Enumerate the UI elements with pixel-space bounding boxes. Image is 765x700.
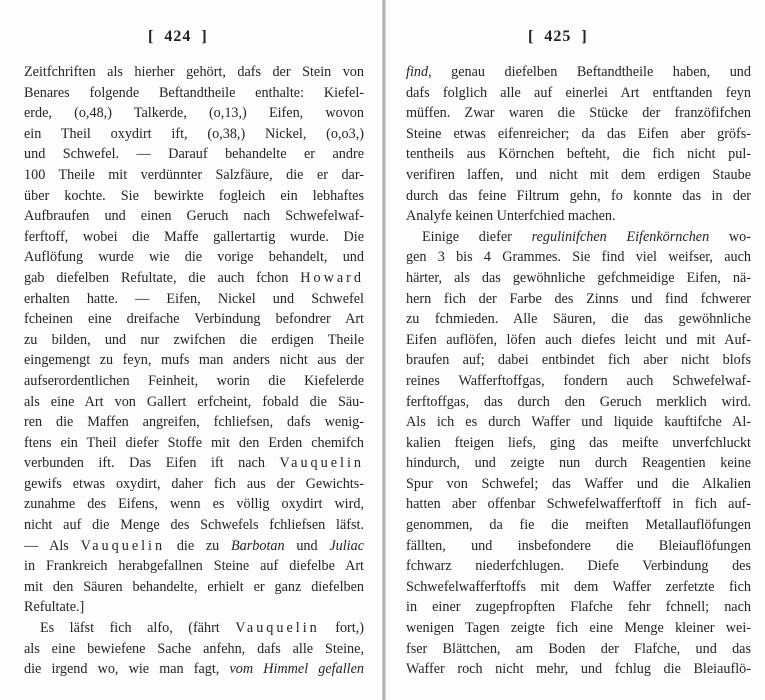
text-line: Es läfst fich alfo, (fährt Vauquelin for…: [24, 618, 364, 639]
text-line: wenigen Tagen zeigte fich eine Menge kle…: [406, 618, 751, 639]
text-line: gab diefelben Refultate, die auch fchon …: [24, 268, 364, 289]
text-line: Analyfe keinen Unterfchied machen.: [406, 206, 751, 227]
text-line: verifiren laffen, und nicht mit dem erdi…: [406, 165, 751, 186]
text-run: und Schwefel. — Darauf behandelte er and…: [24, 146, 364, 162]
text-line: fchwarz niederfchlugen. Diefe Verbindung…: [406, 556, 751, 577]
text-line: Einige diefer regulinifchen Eifenkörnche…: [406, 227, 751, 248]
text-line: 100 Theile mit verdünnter Salzfäure, die…: [24, 165, 364, 186]
text-line: erde, (o,48,) Talkerde, (o,13,) Eifen, w…: [24, 103, 364, 124]
text-line: ein Theil oxydirt ift, (o,38,) Nickel, (…: [24, 124, 364, 145]
text-run: die irgend wo, wie man fagt,: [24, 661, 229, 677]
text-run: hatten aber offenbar Schwefelwafferftoff…: [406, 496, 751, 512]
text-line: fcheinen eine dreifache Verbindung befon…: [24, 309, 364, 330]
text-run: Waffer roch nicht mehr, und fchlug die B…: [406, 661, 751, 677]
text-line: über kochte. Sie bewirkte fogleich ein l…: [24, 186, 364, 207]
text-run: Spur von Schwefel; das Waffer und die Al…: [406, 476, 751, 492]
text-run: ein Theil oxydirt ift, (o,38,) Nickel, (…: [24, 126, 364, 142]
text-line: müffen. Zwar waren die Stücke der franzö…: [406, 103, 751, 124]
text-line: gewifs etwas oxydirt, daher fich aus der…: [24, 474, 364, 495]
text-run: hern fich der Farbe des Zinns und find f…: [406, 291, 751, 307]
right-page: [ 425 ] find, genau diefelben Beftandthe…: [386, 0, 765, 700]
text-line: als eine bewiefene Sache anfehn, dafs al…: [24, 639, 364, 660]
text-line: Als ich es durch Waffer und liquide kauf…: [406, 412, 751, 433]
text-line: durch das feine Filtrum gehn, fo konnte …: [406, 186, 751, 207]
italic-text: vom Himmel gefallen: [229, 661, 364, 677]
text-run: fchwarz niederfchlugen. Diefe Verbindung…: [406, 558, 751, 574]
text-line: gen 3 bis 4 Grammes. Sie find viel weifs…: [406, 247, 751, 268]
text-line: fällten, und insbefondere die Bleiauflöf…: [406, 536, 751, 557]
text-run: zunahme des Eifens, wenn es völlig oxydi…: [24, 496, 364, 512]
text-run: Benares folgende Beftandtheile enthalte:…: [24, 85, 364, 101]
text-line: Aufbraufen und einen Geruch nach Schwefe…: [24, 206, 364, 227]
text-run: eingemengt zu feyn, mufs man anders nich…: [24, 352, 364, 368]
text-run: fcheinen eine dreifache Verbindung befon…: [24, 311, 364, 327]
text-line: mit den Säuren behandelte, erhielt er ga…: [24, 577, 364, 598]
text-run: als eine Art von Gallert erfcheint, foba…: [24, 394, 364, 410]
page-body-text: Zeitfchriften als hierher gehört, dafs d…: [24, 62, 364, 680]
text-line: genommen, da fie die meiften Metallauflö…: [406, 515, 751, 536]
text-run: wenigen Tagen zeigte fich eine Menge kle…: [406, 620, 751, 636]
text-line: dafs folglich alle auf einerlei Art entf…: [406, 83, 751, 104]
text-line: verbunden ift. Das Eifen ift nach Vauque…: [24, 453, 364, 474]
text-run: die zu: [165, 538, 231, 554]
italic-text: regulinifchen Eifenkörnchen: [532, 229, 710, 245]
text-line: in Frankreich herabgefallnen Steine auf …: [24, 556, 364, 577]
text-run: ferftoff, wobei die Maffe gallertartig w…: [24, 229, 364, 245]
author-name: Vauquelin: [279, 455, 364, 471]
text-run: reines Wafferftoffgas, fondern auch Schw…: [406, 373, 751, 389]
text-line: Refultate.]: [24, 597, 364, 618]
text-run: hindurch, und zeigte nun durch Reagentie…: [406, 455, 751, 471]
text-run: Refultate.]: [24, 599, 84, 615]
text-line: tentheils aus Körnchen befteht, die fich…: [406, 144, 751, 165]
text-line: reines Wafferftoffgas, fondern auch Schw…: [406, 371, 751, 392]
text-run: wo-: [709, 229, 751, 245]
text-run: dafs folglich alle auf einerlei Art entf…: [406, 85, 751, 101]
book-spread: [ 424 ] Zeitfchriften als hierher gehört…: [0, 0, 765, 700]
text-line: Waffer roch nicht mehr, und fchlug die B…: [406, 659, 751, 680]
text-run: fort,): [320, 620, 364, 636]
text-run: erde, (o,48,) Talkerde, (o,13,) Eifen, w…: [24, 105, 364, 121]
text-line: ferftoff, wobei die Maffe gallertartig w…: [24, 227, 364, 248]
text-run: Eifen auflöfen, löfen auch diefes leicht…: [406, 332, 751, 348]
text-line: zu bilden, und nur zwifchen die erdigen …: [24, 330, 364, 351]
italic-text: Juliac: [329, 538, 364, 554]
text-line: härter, als das gewöhnliche gefchmeidige…: [406, 268, 751, 289]
text-line: Zeitfchriften als hierher gehört, dafs d…: [24, 62, 364, 83]
text-run: tentheils aus Körnchen befteht, die fich…: [406, 146, 751, 162]
text-run: ferftoffgas, das durch den Geruch merkli…: [406, 394, 751, 410]
text-run: über kochte. Sie bewirkte fogleich ein l…: [24, 188, 364, 204]
text-run: Auflöfung wurde wie die vorige behandelt…: [24, 249, 364, 265]
text-run: aufserordentlichen Feinheit, worin die K…: [24, 373, 364, 389]
text-run: ftens ein Theil diefer Stoffe mit den Er…: [24, 435, 364, 451]
text-line: aufserordentlichen Feinheit, worin die K…: [24, 371, 364, 392]
text-run: gen 3 bis 4 Grammes. Sie find viel weifs…: [406, 249, 751, 265]
author-name: Howard: [300, 270, 364, 286]
text-run: Als ich es durch Waffer und liquide kauf…: [406, 414, 751, 430]
author-name: Vauquelin: [81, 538, 166, 554]
text-run: Aufbraufen und einen Geruch nach Schwefe…: [24, 208, 364, 224]
text-line: die irgend wo, wie man fagt, vom Himmel …: [24, 659, 364, 680]
text-line: Auflöfung wurde wie die vorige behandelt…: [24, 247, 364, 268]
text-run: zu bilden, und nur zwifchen die erdigen …: [24, 332, 364, 348]
text-run: Analyfe keinen Unterfchied machen.: [406, 208, 616, 224]
text-run: verifiren laffen, und nicht mit dem erdi…: [406, 167, 751, 183]
text-run: mit den Säuren behandelte, erhielt er ga…: [24, 579, 364, 595]
text-line: hindurch, und zeigte nun durch Reagentie…: [406, 453, 751, 474]
text-run: 100 Theile mit verdünnter Salzfäure, die…: [24, 167, 364, 183]
text-run: gewifs etwas oxydirt, daher fich aus der…: [24, 476, 364, 492]
text-run: nicht auf die Menge des Schwefels fchlie…: [24, 517, 364, 533]
text-run: härter, als das gewöhnliche gefchmeidige…: [406, 270, 751, 286]
text-run: in einer zugepfropften Flafche fehr fchn…: [406, 599, 751, 615]
author-name: Vauquelin: [235, 620, 320, 636]
text-run: Einige diefer: [422, 229, 532, 245]
text-line: zunahme des Eifens, wenn es völlig oxydi…: [24, 494, 364, 515]
text-line: eingemengt zu feyn, mufs man anders nich…: [24, 350, 364, 371]
text-run: kalien fteigen liefs, ging das meifte un…: [406, 435, 751, 451]
text-run: und: [285, 538, 330, 554]
text-line: nicht auf die Menge des Schwefels fchlie…: [24, 515, 364, 536]
text-line: hatten aber offenbar Schwefelwafferftoff…: [406, 494, 751, 515]
text-run: fällten, und insbefondere die Bleiauflöf…: [406, 538, 751, 554]
text-line: braufen auf; dabei entbindet fich aber n…: [406, 350, 751, 371]
text-run: fser Blättchen, am Boden der Flafche, un…: [406, 641, 751, 657]
text-run: in Frankreich herabgefallnen Steine auf …: [24, 558, 364, 574]
text-line: kalien fteigen liefs, ging das meifte un…: [406, 433, 751, 454]
text-line: zu fchmieden. Alle Säuren, die das gewöh…: [406, 309, 751, 330]
text-run: Zeitfchriften als hierher gehört, dafs d…: [24, 64, 364, 80]
text-line: find, genau diefelben Beftandtheile habe…: [406, 62, 751, 83]
text-run: müffen. Zwar waren die Stücke der franzö…: [406, 105, 751, 121]
text-line: als eine Art von Gallert erfcheint, foba…: [24, 392, 364, 413]
left-page: [ 424 ] Zeitfchriften als hierher gehört…: [0, 0, 383, 700]
italic-text: find: [406, 64, 428, 80]
italic-text: Barbotan: [231, 538, 285, 554]
text-line: erhalten hatte. — Eifen, Nickel und Schw…: [24, 289, 364, 310]
text-line: Schwefelwafferftoffs mit dem Waffer zerf…: [406, 577, 751, 598]
text-run: — Als: [24, 538, 81, 554]
text-line: — Als Vauquelin die zu Barbotan und Juli…: [24, 536, 364, 557]
text-line: ferftoffgas, das durch den Geruch merkli…: [406, 392, 751, 413]
text-line: ren die Maffen angreifen, fchliefsen, da…: [24, 412, 364, 433]
page-number: [ 424 ]: [148, 28, 208, 46]
text-line: Steine etwas eifenreicher; da das Eifen …: [406, 124, 751, 145]
text-line: hern fich der Farbe des Zinns und find f…: [406, 289, 751, 310]
text-run: Es läfst fich alfo, (fährt: [40, 620, 235, 636]
text-run: , genau diefelben Beftandtheile haben, u…: [428, 64, 751, 80]
text-run: gab diefelben Refultate, die auch fchon: [24, 270, 300, 286]
text-line: fser Blättchen, am Boden der Flafche, un…: [406, 639, 751, 660]
text-run: als eine bewiefene Sache anfehn, dafs al…: [24, 641, 364, 657]
text-run: ren die Maffen angreifen, fchliefsen, da…: [24, 414, 364, 430]
text-line: Eifen auflöfen, löfen auch diefes leicht…: [406, 330, 751, 351]
text-line: und Schwefel. — Darauf behandelte er and…: [24, 144, 364, 165]
text-line: Benares folgende Beftandtheile enthalte:…: [24, 83, 364, 104]
page-number: [ 425 ]: [528, 28, 588, 46]
text-run: Steine etwas eifenreicher; da das Eifen …: [406, 126, 751, 142]
text-run: braufen auf; dabei entbindet fich aber n…: [406, 352, 751, 368]
text-run: Schwefelwafferftoffs mit dem Waffer zerf…: [406, 579, 751, 595]
text-line: ftens ein Theil diefer Stoffe mit den Er…: [24, 433, 364, 454]
text-run: erhalten hatte. — Eifen, Nickel und Schw…: [24, 291, 364, 307]
text-run: durch das feine Filtrum gehn, fo konnte …: [406, 188, 751, 204]
text-run: genommen, da fie die meiften Metallauflö…: [406, 517, 751, 533]
text-line: in einer zugepfropften Flafche fehr fchn…: [406, 597, 751, 618]
text-run: verbunden ift. Das Eifen ift nach: [24, 455, 279, 471]
page-body-text: find, genau diefelben Beftandtheile habe…: [406, 62, 751, 680]
text-line: Spur von Schwefel; das Waffer und die Al…: [406, 474, 751, 495]
text-run: zu fchmieden. Alle Säuren, die das gewöh…: [406, 311, 751, 327]
